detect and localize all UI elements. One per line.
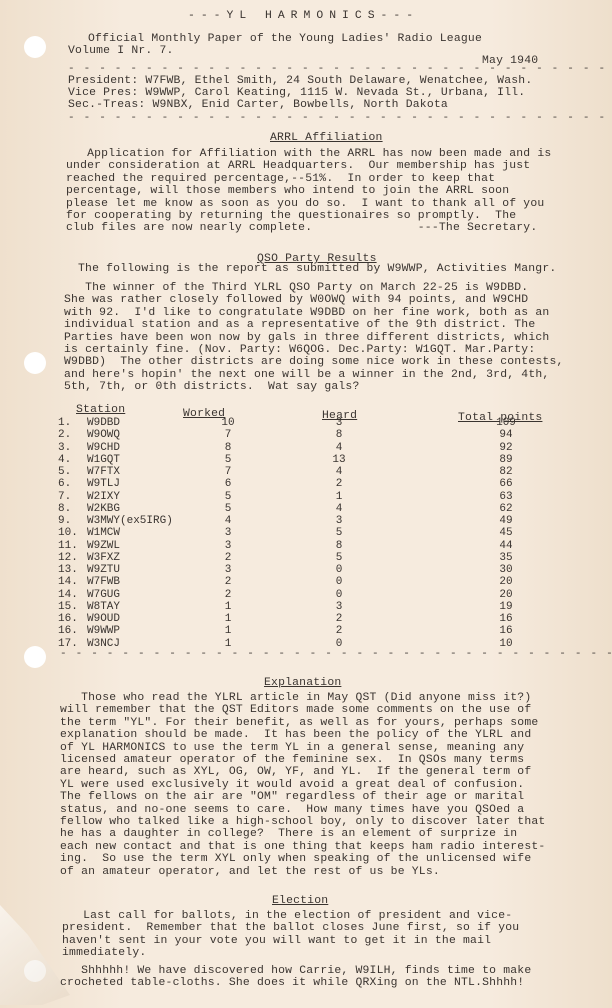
total-cell: 16 [494, 613, 518, 625]
rank-cell: 4. [58, 454, 71, 466]
station-cell: W9DBD [87, 417, 120, 429]
divider: - - - - - - - - - - - - - - - - - - - - … [60, 648, 612, 660]
total-cell: 35 [494, 552, 518, 564]
table-row: 14.W7GUG2020 [0, 589, 612, 601]
text-line: individual station and as a representati… [64, 319, 535, 332]
total-cell: 82 [494, 466, 518, 478]
rank-cell: 7. [58, 491, 71, 503]
text-line: percentage, will those members who inten… [66, 185, 509, 198]
station-cell: W7GUG [87, 589, 120, 601]
rank-cell: 5. [58, 466, 71, 478]
table-row: 5.W7FTX7482 [0, 466, 612, 478]
newsletter-page: ---YL HARMONICS--- Official Monthly Pape… [0, 0, 612, 1008]
station-cell: W9ZTU [87, 564, 120, 576]
station-cell: W7FWB [87, 576, 120, 588]
station-cell: W2KBG [87, 503, 120, 515]
divider: - - - - - - - - - - - - - - - - - - - - … [68, 112, 612, 124]
table-row: 9.W3MWY(ex5IRG)4349 [0, 515, 612, 527]
total-cell: 16 [494, 625, 518, 637]
punch-hole [24, 352, 46, 374]
text-line: each new contact and that is one thing t… [60, 841, 545, 854]
table-row: 16.W9WWP1216 [0, 625, 612, 637]
worked-cell: 2 [216, 576, 240, 588]
rank-cell: 3. [58, 442, 71, 454]
election-heading: Election [272, 895, 328, 908]
table-row: 13.W9ZTU3030 [0, 564, 612, 576]
worked-cell: 10 [216, 417, 240, 429]
officer-secretary-treasurer: Sec.-Treas: W9NBX, Enid Carter, Bowbells… [68, 99, 448, 112]
worked-cell: 3 [216, 527, 240, 539]
text-line: are heard, such as XYL, OG, OW, YF, and … [60, 766, 531, 779]
total-cell: 92 [494, 442, 518, 454]
officer-role: President: [68, 75, 138, 87]
total-cell: 66 [494, 478, 518, 490]
rank-cell: 8. [58, 503, 71, 515]
total-cell: 20 [494, 589, 518, 601]
station-cell: W1MCW [87, 527, 120, 539]
station-cell: W2IXY [87, 491, 120, 503]
text-line: The winner of the Third YLRL QSO Party o… [64, 282, 528, 295]
table-row: 12.W3FXZ2535 [0, 552, 612, 564]
text-line: Those who read the YLRL article in May Q… [60, 692, 531, 705]
qso-intro: The following is the report as submitted… [78, 263, 556, 276]
station-cell: W9ZWL [87, 540, 120, 552]
torn-corner [0, 905, 70, 1005]
total-cell: 30 [494, 564, 518, 576]
station-cell: W9OWQ [87, 429, 120, 441]
text-line: licensed amateur operator of the feminin… [60, 754, 524, 767]
total-cell: 19 [494, 601, 518, 613]
volume-number: Volume I Nr. 7. [68, 45, 174, 58]
text-line: reached the required percentage,--51%. I… [66, 173, 495, 186]
station-cell: W9CHD [87, 442, 120, 454]
rank-cell: 16. [58, 613, 78, 625]
heard-cell: 2 [327, 478, 351, 490]
worked-cell: 2 [216, 589, 240, 601]
worked-cell: 5 [216, 503, 240, 515]
worked-cell: 1 [216, 613, 240, 625]
worked-cell: 7 [216, 429, 240, 441]
total-cell: 89 [494, 454, 518, 466]
total-cell: 49 [494, 515, 518, 527]
rank-cell: 1. [58, 417, 71, 429]
heard-cell: 0 [327, 589, 351, 601]
total-cell: 109 [494, 417, 518, 429]
text-line: Last call for ballots, in the election o… [62, 910, 512, 923]
heard-cell: 0 [327, 564, 351, 576]
table-row: 8.W2KBG5462 [0, 503, 612, 515]
worked-cell: 2 [216, 552, 240, 564]
rank-cell: 6. [58, 478, 71, 490]
table-row: 7.W2IXY5163 [0, 491, 612, 503]
text-line: haven't sent in your vote you will want … [62, 935, 491, 948]
heard-cell: 1 [327, 491, 351, 503]
worked-cell: 6 [216, 478, 240, 490]
officer-role: Sec.-Treas: [68, 99, 145, 111]
text-line: Application for Affiliation with the ARR… [66, 148, 551, 161]
officer-vice-president: Vice Pres: W9WWP, Carol Keating, 1115 W.… [68, 87, 525, 100]
text-line: 5th, 7th, or 0th districts. Wat say gals… [64, 381, 360, 394]
table-row: 4.W1GQT51389 [0, 454, 612, 466]
station-cell: W3MWY(ex5IRG) [87, 515, 173, 527]
table-row: 16.W9OUD1216 [0, 613, 612, 625]
rank-cell: 14. [58, 576, 78, 588]
text-line: status, and no-one seems to care. How ma… [60, 804, 524, 817]
text-line: explanation should be made. It has been … [60, 729, 531, 742]
total-cell: 45 [494, 527, 518, 539]
total-cell: 94 [494, 429, 518, 441]
table-row: 15.W8TAY1319 [0, 601, 612, 613]
explanation-heading: Explanation [264, 677, 341, 690]
rank-cell: 15. [58, 601, 78, 613]
rank-cell: 11. [58, 540, 78, 552]
text-line: of YL HARMONICS to use the term YL in a … [60, 742, 524, 755]
total-cell: 44 [494, 540, 518, 552]
text-line: YL were used exclusively it would avoid … [60, 779, 524, 792]
worked-cell: 4 [216, 515, 240, 527]
text-line: he has a daughter in college? There is a… [60, 828, 517, 841]
heard-cell: 2 [327, 613, 351, 625]
heard-cell: 4 [327, 442, 351, 454]
heard-cell: 13 [327, 454, 351, 466]
rank-cell: 12. [58, 552, 78, 564]
rank-cell: 10. [58, 527, 78, 539]
heard-cell: 4 [327, 466, 351, 478]
text-line: crocheted table-cloths. She does it whil… [60, 977, 524, 990]
station-cell: W8TAY [87, 601, 120, 613]
table-row: 14.W7FWB2020 [0, 576, 612, 588]
heard-cell: 3 [327, 601, 351, 613]
table-row: 2.W9OWQ7894 [0, 429, 612, 441]
heard-cell: 8 [327, 429, 351, 441]
text-line: The fellows on the air are "OM" regardle… [60, 791, 524, 804]
heard-cell: 5 [327, 527, 351, 539]
station-cell: W3FXZ [87, 552, 120, 564]
text-line: with 92. I'd like to congratulate W9DBD … [64, 307, 549, 320]
table-row: 1.W9DBD103109 [0, 417, 612, 429]
punch-hole [24, 36, 46, 58]
officer-info: W9NBX, Enid Carter, Bowbells, North Dako… [152, 99, 448, 111]
text-line: for cooperating by returning the questio… [66, 210, 516, 223]
text-line: please let me know as soon as you do so.… [66, 198, 544, 211]
station-cell: W7FTX [87, 466, 120, 478]
worked-cell: 3 [216, 540, 240, 552]
station-cell: W1GQT [87, 454, 120, 466]
text-line: Parties have been won now by gals in thr… [64, 332, 549, 345]
text-line: and here's hopin' the next one will be a… [64, 369, 549, 382]
text-line: She was rather closely followed by W0OWQ… [64, 294, 528, 307]
text-line: Shhhhh! We have discovered how Carrie, W… [60, 965, 531, 978]
heard-cell: 0 [327, 576, 351, 588]
rank-cell: 14. [58, 589, 78, 601]
text-line: fellow who talked like a high-school boy… [60, 816, 545, 829]
table-row: 3.W9CHD8492 [0, 442, 612, 454]
text-line: is certainly fine. (Nov. Party: W6QOG. D… [64, 344, 535, 357]
heard-cell: 4 [327, 503, 351, 515]
total-cell: 20 [494, 576, 518, 588]
worked-cell: 8 [216, 442, 240, 454]
total-cell: 63 [494, 491, 518, 503]
officer-role: Vice Pres: [68, 87, 138, 99]
text-line: president. Remember that the ballot clos… [62, 922, 519, 935]
station-cell: W9OUD [87, 613, 120, 625]
worked-cell: 5 [216, 454, 240, 466]
heard-cell: 2 [327, 625, 351, 637]
station-cell: W9WWP [87, 625, 120, 637]
arrl-heading: ARRL Affiliation [270, 132, 383, 145]
station-cell: W9TLJ [87, 478, 120, 490]
worked-cell: 3 [216, 564, 240, 576]
table-row: 6.W9TLJ6266 [0, 478, 612, 490]
newsletter-title: ---YL HARMONICS--- [188, 10, 419, 23]
worked-cell: 1 [216, 625, 240, 637]
rank-cell: 9. [58, 515, 71, 527]
heard-cell: 3 [327, 417, 351, 429]
table-row: 11.W9ZWL3844 [0, 540, 612, 552]
text-line: of an amateur operator, and let the rest… [60, 866, 440, 879]
table-row: 10.W1MCW3545 [0, 527, 612, 539]
worked-cell: 7 [216, 466, 240, 478]
column-header-station: Station [76, 404, 125, 417]
text-line: under consideration at ARRL Headquarters… [66, 160, 530, 173]
text-line: W9DBD) The other districts are doing som… [64, 356, 564, 369]
rank-cell: 16. [58, 625, 78, 637]
text-line: ing. So use the term XYL only when speak… [60, 853, 531, 866]
heard-cell: 5 [327, 552, 351, 564]
newsletter-subtitle: Official Monthly Paper of the Young Ladi… [88, 33, 482, 46]
officer-info: W7FWB, Ethel Smith, 24 South Delaware, W… [145, 75, 532, 87]
text-line: will remember that the QST Editors made … [60, 704, 531, 717]
total-cell: 62 [494, 503, 518, 515]
rank-cell: 13. [58, 564, 78, 576]
rank-cell: 2. [58, 429, 71, 441]
worked-cell: 5 [216, 491, 240, 503]
worked-cell: 1 [216, 601, 240, 613]
text-line: immediately. [62, 947, 146, 960]
heard-cell: 3 [327, 515, 351, 527]
divider: - - - - - - - - - - - - - - - - - - - - … [68, 63, 612, 75]
text-line: club files are now nearly complete. ---T… [66, 222, 537, 235]
officer-president: President: W7FWB, Ethel Smith, 24 South … [68, 75, 532, 88]
officer-info: W9WWP, Carol Keating, 1115 W. Nevada St.… [145, 87, 525, 99]
text-line: the term "YL". For their benefit, as wel… [60, 717, 538, 730]
heard-cell: 8 [327, 540, 351, 552]
